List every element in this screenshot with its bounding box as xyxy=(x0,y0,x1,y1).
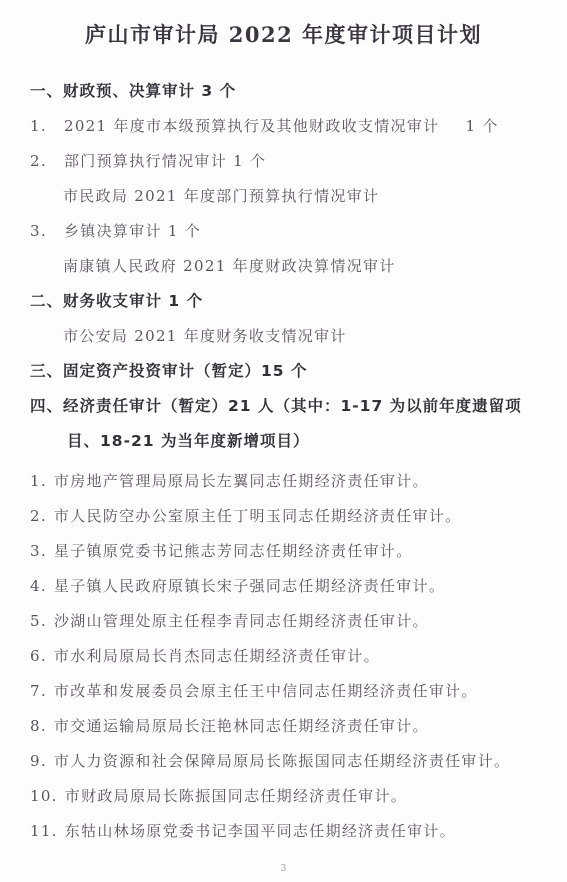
audit-list-item: 2.市人民防空办公室原主任丁明玉同志任期经济责任审计。 xyxy=(30,499,537,534)
item-text: 市改革和发展委员会原主任王中信同志任期经济责任审计。 xyxy=(54,682,478,700)
item-number: 1. xyxy=(30,472,47,490)
audit-list-item: 9.市人力资源和社会保障局原局长陈振国同志任期经济责任审计。 xyxy=(30,744,537,779)
sub-item: 市公安局 2021 年度财务收支情况审计 xyxy=(30,319,537,354)
item-number: 11. xyxy=(30,822,58,840)
item-text: 市房地产管理局原局长左翼同志任期经济责任审计。 xyxy=(54,472,429,490)
item-text: 部门预算执行情况审计 1 个 xyxy=(64,152,266,170)
document-page: 庐山市审计局 2022 年度审计项目计划 一、财政预、决算审计 3 个 1.20… xyxy=(0,0,567,882)
item-number: 8. xyxy=(30,717,47,735)
item-text: 星子镇原党委书记熊志芳同志任期经济责任审计。 xyxy=(54,542,413,560)
item-text: 星子镇人民政府原镇长宋子强同志任期经济责任审计。 xyxy=(54,577,445,595)
item-number: 6. xyxy=(30,647,47,665)
audit-list-item: 6.市水利局原局长肖杰同志任期经济责任审计。 xyxy=(30,639,537,674)
item-text: 东牯山林场原党委书记李国平同志任期经济责任审计。 xyxy=(65,822,456,840)
audit-list-item: 11.东牯山林场原党委书记李国平同志任期经济责任审计。 xyxy=(30,814,537,849)
list-item: 2.部门预算执行情况审计 1 个 xyxy=(30,144,537,179)
item-text: 市交通运输局原局长汪艳林同志任期经济责任审计。 xyxy=(54,717,429,735)
item-number: 5. xyxy=(30,612,47,630)
item-number: 10. xyxy=(30,787,58,805)
audit-list-item: 1.市房地产管理局原局长左翼同志任期经济责任审计。 xyxy=(30,464,537,499)
list-item: 1.2021 年度市本级预算执行及其他财政收支情况审计1 个 xyxy=(30,109,537,144)
item-text: 市人民防空办公室原主任丁明玉同志任期经济责任审计。 xyxy=(54,507,462,525)
item-number: 9. xyxy=(30,752,47,770)
audit-list-item: 7.市改革和发展委员会原主任王中信同志任期经济责任审计。 xyxy=(30,674,537,709)
audit-list-item: 4.星子镇人民政府原镇长宋子强同志任期经济责任审计。 xyxy=(30,569,537,604)
item-number: 1. xyxy=(30,109,64,144)
section-heading-2: 二、财务收支审计 1 个 xyxy=(30,284,537,319)
item-text: 市人力资源和社会保障局原局长陈振国同志任期经济责任审计。 xyxy=(54,752,510,770)
economic-responsibility-audit-list: 1.市房地产管理局原局长左翼同志任期经济责任审计。 2.市人民防空办公室原主任丁… xyxy=(30,464,537,849)
item-number: 3. xyxy=(30,542,47,560)
sub-item: 南康镇人民政府 2021 年度财政决算情况审计 xyxy=(30,249,537,284)
audit-list-item: 10.市财政局原局长陈振国同志任期经济责任审计。 xyxy=(30,779,537,814)
item-number: 2. xyxy=(30,507,47,525)
item-text: 沙湖山管理处原主任程李青同志任期经济责任审计。 xyxy=(54,612,429,630)
item-number: 2. xyxy=(30,144,64,179)
item-text: 市水利局原局长肖杰同志任期经济责任审计。 xyxy=(54,647,380,665)
item-number: 7. xyxy=(30,682,47,700)
audit-list-item: 5.沙湖山管理处原主任程李青同志任期经济责任审计。 xyxy=(30,604,537,639)
section-heading-3: 三、固定资产投资审计（暂定）15 个 xyxy=(30,354,537,389)
audit-list-item: 8.市交通运输局原局长汪艳林同志任期经济责任审计。 xyxy=(30,709,537,744)
audit-list-item: 3.星子镇原党委书记熊志芳同志任期经济责任审计。 xyxy=(30,534,537,569)
section-heading-4: 四、经济责任审计（暂定）21 人（其中：1-17 为以前年度遗留项目、18-21… xyxy=(30,389,537,459)
list-item: 3.乡镇决算审计 1 个 xyxy=(30,214,537,249)
item-text: 市财政局原局长陈振国同志任期经济责任审计。 xyxy=(65,787,407,805)
item-text: 2021 年度市本级预算执行及其他财政收支情况审计 xyxy=(64,117,439,135)
sub-item: 市民政局 2021 年度部门预算执行情况审计 xyxy=(30,179,537,214)
item-number: 4. xyxy=(30,577,47,595)
page-title: 庐山市审计局 2022 年度审计项目计划 xyxy=(30,20,537,50)
item-count: 1 个 xyxy=(465,117,498,135)
section-heading-1: 一、财政预、决算审计 3 个 xyxy=(30,74,537,109)
page-number: 3 xyxy=(0,864,567,874)
item-number: 3. xyxy=(30,214,64,249)
item-text: 乡镇决算审计 1 个 xyxy=(64,222,201,240)
